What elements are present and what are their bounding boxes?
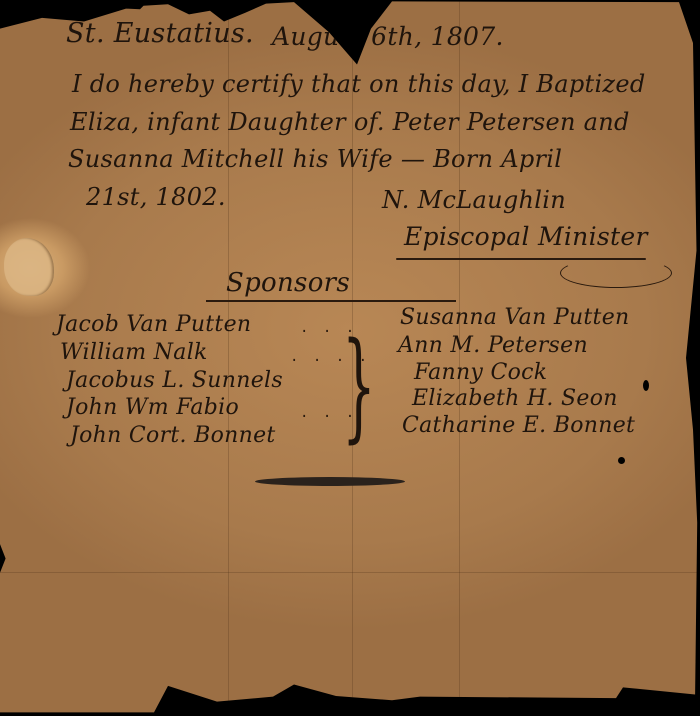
paper-hole xyxy=(618,457,625,464)
header-place: St. Eustatius. xyxy=(66,18,254,49)
signature-title: Episcopal Minister xyxy=(404,222,648,251)
ornamental-rule xyxy=(255,477,405,486)
document-paper: St. Eustatius. August 6th, 1807. I do he… xyxy=(0,0,700,716)
sponsor-left-5: John Cort. Bonnet xyxy=(70,423,276,448)
sponsor-right-4: Elizabeth H. Seon xyxy=(412,386,618,411)
sponsor-left-4: John Wm Fabio xyxy=(66,395,239,420)
sponsor-right-1: Susanna Van Putten xyxy=(400,305,629,330)
sponsor-right-2: Ann M. Petersen xyxy=(398,333,588,358)
water-stain xyxy=(4,238,54,296)
signature-flourish-loop xyxy=(560,258,672,288)
sponsors-underline xyxy=(206,300,456,302)
paper-hole xyxy=(643,380,649,391)
sponsor-left-1: Jacob Van Putten xyxy=(56,312,251,337)
body-line-4: 21st, 1802. xyxy=(86,183,226,211)
fold-line xyxy=(0,572,700,573)
sponsors-brace: } xyxy=(342,326,376,444)
signature-name: N. McLaughlin xyxy=(382,186,566,214)
sponsor-left-3: Jacobus L. Sunnels xyxy=(66,368,283,393)
body-line-1: I do hereby certify that on this day, I … xyxy=(72,70,646,98)
header-date: August 6th, 1807. xyxy=(272,22,504,51)
sponsor-right-5: Catharine E. Bonnet xyxy=(402,413,635,438)
sponsor-left-2: William Nalk xyxy=(60,340,208,365)
sponsors-heading: Sponsors xyxy=(226,268,350,298)
sponsor-right-3: Fanny Cock xyxy=(414,360,547,385)
body-line-3: Susanna Mitchell his Wife — Born April xyxy=(68,145,562,173)
body-line-2: Eliza, infant Daughter of. Peter Peterse… xyxy=(70,108,630,136)
